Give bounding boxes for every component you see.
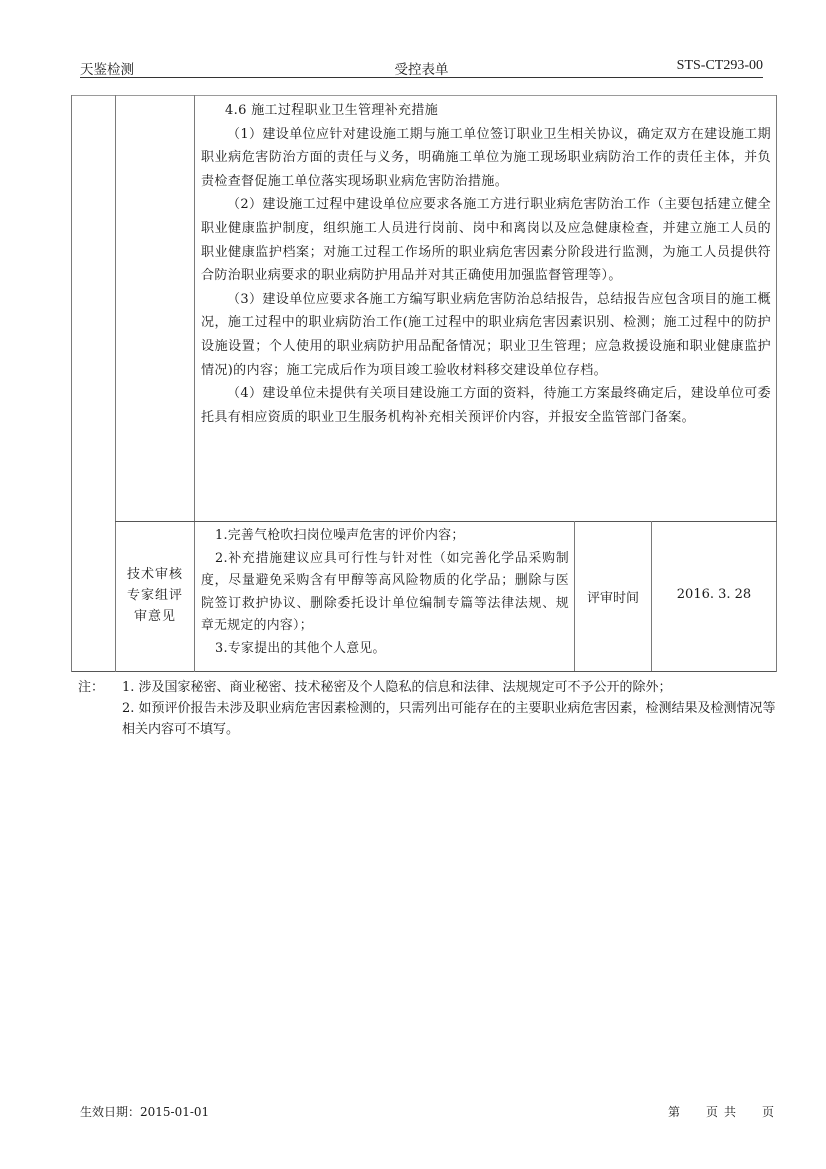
table-border-left [71,95,72,672]
review-time-label: 评审时间 [575,587,651,606]
opinion-item-2: 2.补充措施建议应具可行性与针对性（如完善化学品采购制度，尽量避免采购含有甲醇等… [201,548,569,638]
page-ye-total: 页 [762,1103,774,1120]
form-type: 受控表单 [80,58,763,78]
table-col-divider-2 [194,95,195,672]
supplementary-measures-cell: 4.6 施工过程职业卫生管理补充措施 （1）建设单位应针对建设施工期与施工单位签… [201,99,771,429]
measure-paragraph-2: （2）建设施工过程中建设单位应要求各施工方进行职业病危害防治工作（主要包括建立健… [201,193,771,287]
review-label-line-2: 专家组评 [116,585,194,606]
section-title: 4.6 施工过程职业卫生管理补充措施 [201,99,771,123]
table-border-bottom [71,671,776,672]
page-ye: 页 [706,1103,718,1120]
table-border-top [71,95,776,96]
review-label-line-3: 审意见 [116,606,194,627]
review-time-value: 2016. 3. 28 [652,587,776,602]
expert-review-label: 技术审核 专家组评 审意见 [116,564,194,627]
note-item-1: 1. 涉及国家秘密、商业秘密、技术秘密及个人隐私的信息和法律、法规规定可不予公开… [122,677,782,698]
page-header: 天鉴检测 受控表单 STS-CT293-00 [80,58,763,78]
page-gong: 共 [724,1103,736,1120]
note-item-2: 2. 如预评价报告未涉及职业病危害因素检测的，只需列出可能存在的主要职业病危害因… [122,698,782,740]
document-code: STS-CT293-00 [677,58,763,74]
measure-paragraph-1: （1）建设单位应针对建设施工期与施工单位签订职业卫生相关协议，确定双方在建设施工… [201,123,771,194]
page-di: 第 [668,1103,680,1120]
effective-date: 生效日期：2015-01-01 [80,1103,209,1120]
measure-paragraph-3: （3）建设单位应要求各施工方编写职业病危害防治总结报告，总结报告应包含项目的施工… [201,288,771,382]
expert-opinions-cell: 1.完善气枪吹扫岗位噪声危害的评价内容； 2.补充措施建议应具可行性与针对性（如… [201,525,569,660]
opinion-item-3: 3.专家提出的其他个人意见。 [201,638,569,661]
opinion-item-1: 1.完善气枪吹扫岗位噪声危害的评价内容； [201,525,569,548]
page-number: 第页共页 [668,1103,774,1120]
review-label-line-1: 技术审核 [116,564,194,585]
table-border-right [776,95,777,672]
table-row-divider [115,521,777,522]
notes-label: 注： [78,677,104,698]
measure-paragraph-4: （4）建设单位未提供有关项目建设施工方面的资料，待施工方案最终确定后，建设单位可… [201,382,771,429]
